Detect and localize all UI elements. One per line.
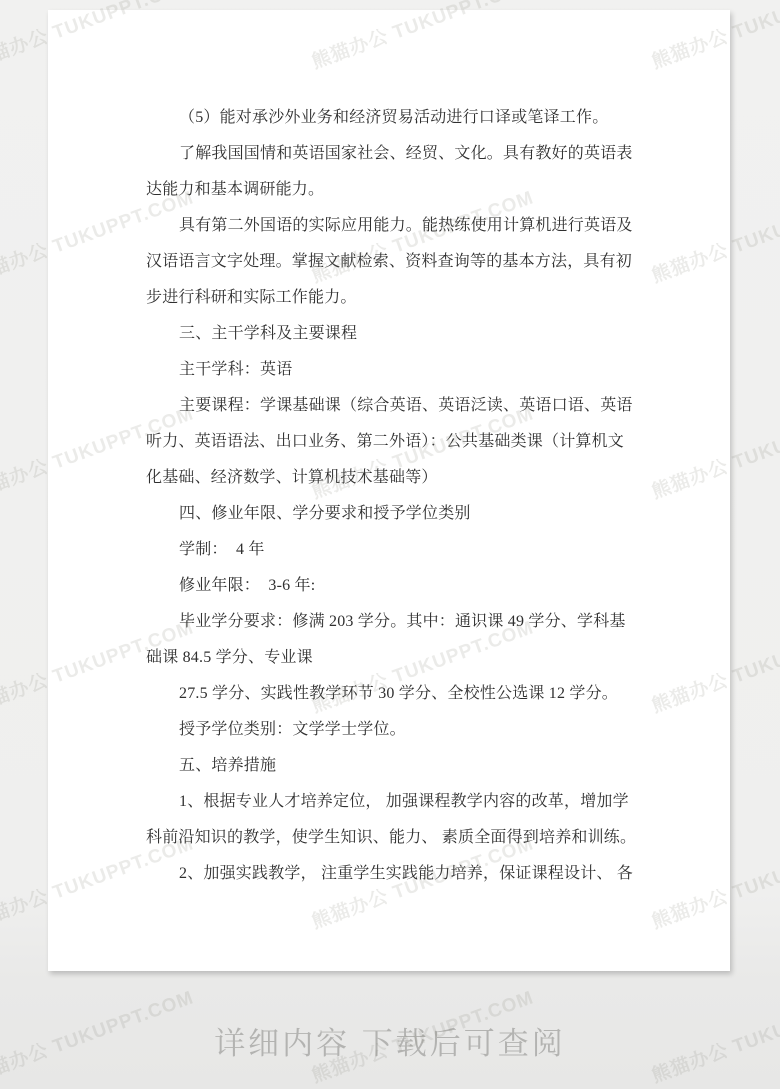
document-line: 学制： 4 年 — [146, 532, 634, 568]
document-line: 科前沿知识的教学，使学生知识、能力、 素质全面得到培养和训练。 — [146, 820, 634, 856]
document-line: 化基础、经济数学、计算机技术基础等） — [146, 460, 634, 496]
document-line: 授予学位类别：文学学士学位。 — [146, 712, 634, 748]
document-line: 修业年限： 3-6 年: — [146, 568, 634, 604]
document-line: 1、根据专业人才培养定位， 加强课程教学内容的改革，增加学 — [146, 784, 634, 820]
footer-note: 详细内容 下载后可查阅 — [0, 1022, 780, 1066]
document-line: 步进行科研和实际工作能力。 — [146, 280, 634, 316]
document-line: 听力、英语语法、出口业务、第二外语）：公共基础类课（计算机文 — [146, 424, 634, 460]
document-line: 具有第二外国语的实际应用能力。能热练使用计算机进行英语及 — [146, 208, 634, 244]
document-line: 了解我国国情和英语国家社会、经贸、文化。具有教好的英语表 — [146, 136, 634, 172]
document-line: 27.5 学分、实践性教学环节 30 学分、全校性公选课 12 学分。 — [146, 676, 634, 712]
document-line: （5）能对承沙外业务和经济贸易活动进行口译或笔译工作。 — [146, 100, 634, 136]
document-line: 汉语语言文字处理。掌握文献检索、资料查询等的基本方法，具有初 — [146, 244, 634, 280]
document-page: （5）能对承沙外业务和经济贸易活动进行口译或笔译工作。了解我国国情和英语国家社会… — [48, 10, 730, 971]
document-content: （5）能对承沙外业务和经济贸易活动进行口译或笔译工作。了解我国国情和英语国家社会… — [48, 10, 730, 892]
document-line: 毕业学分要求：修满 203 学分。其中：通识课 49 学分、学科基 — [146, 604, 634, 640]
document-line: 2、加强实践教学， 注重学生实践能力培养，保证课程设计、 各 — [146, 856, 634, 892]
document-line: 础课 84.5 学分、专业课 — [146, 640, 634, 676]
document-line: 达能力和基本调研能力。 — [146, 172, 634, 208]
document-line: 主干学科：英语 — [146, 352, 634, 388]
document-line: 主要课程：学课基础课（综合英语、英语泛读、英语口语、英语 — [146, 388, 634, 424]
document-line: 三、主干学科及主要课程 — [146, 316, 634, 352]
document-line: 四、修业年限、学分要求和授予学位类别 — [146, 496, 634, 532]
document-line: 五、培养措施 — [146, 748, 634, 784]
